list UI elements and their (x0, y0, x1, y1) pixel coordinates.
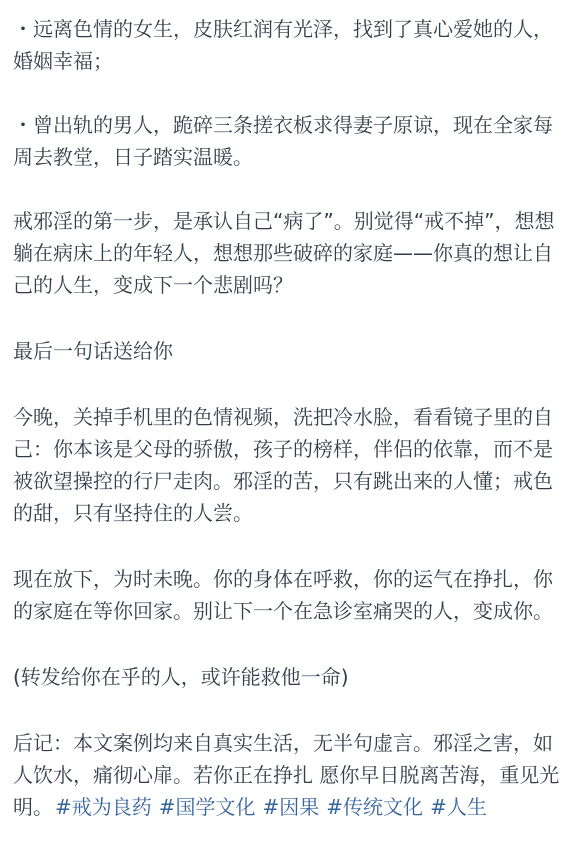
postscript-paragraph: 后记：本文案例均来自真实生活，无半句虚言。邪淫之害，如人饮水，痛彻心扉。若你正在… (13, 727, 568, 823)
paragraph: 戒邪淫的第一步，是承认自己“病了”。别觉得“戒不掉”，想想躺在病床上的年轻人，想… (13, 205, 568, 301)
paragraph: 今晚，关掉手机里的色情视频，洗把冷水脸，看看镜子里的自己：你本该是父母的骄傲，孩… (13, 401, 568, 529)
hashtag[interactable]: #人生 (430, 795, 487, 819)
share-note-paragraph: (转发给你在乎的人，或许能救他一命) (13, 661, 568, 693)
bullet-item: ・远离色情的女生，皮肤红润有光泽，找到了真心爱她的人，婚姻幸福； (13, 13, 568, 77)
post-body: ・远离色情的女生，皮肤红润有光泽，找到了真心爱她的人，婚姻幸福； ・曾出轨的男人… (0, 0, 580, 850)
hashtag[interactable]: #国学文化 (159, 795, 256, 819)
hashtag[interactable]: #传统文化 (326, 795, 423, 819)
hashtag[interactable]: #因果 (263, 795, 320, 819)
paragraph: 现在放下，为时未晚。你的身体在呼救，你的运气在挣扎，你的家庭在等你回家。别让下一… (13, 563, 568, 627)
paragraph: 最后一句话送给你 (13, 335, 568, 367)
hashtag[interactable]: #戒为良药 (55, 795, 152, 819)
bullet-item: ・曾出轨的男人，跪碎三条搓衣板求得妻子原谅，现在全家每周去教堂，日子踏实温暖。 (13, 109, 568, 173)
